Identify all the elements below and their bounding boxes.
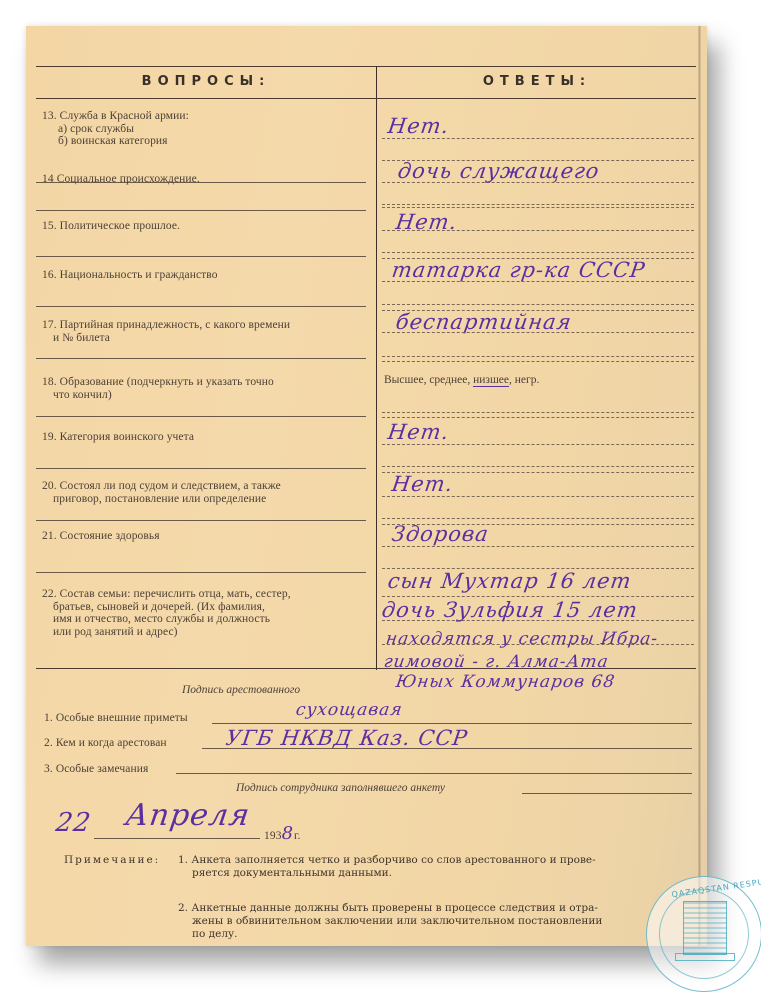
column-divider: [376, 66, 377, 670]
answer-line: [382, 207, 694, 208]
date-year: 1938г.: [264, 828, 301, 843]
selected-education-level: низшее: [473, 374, 509, 387]
extra-field-1-answer: сухощавая: [295, 700, 404, 720]
archive-stamp: QAZAQSTAN RESPUBLIKASY: [646, 876, 761, 992]
answer-22-line-1: сын Мухтар 16 лет: [386, 569, 633, 593]
questions-header: ВОПРОСЫ:: [36, 74, 376, 89]
answer-line: [382, 496, 694, 497]
answer-18-options: Высшее, среднее, низшее, негр.: [384, 374, 539, 386]
answer-14: дочь служащего: [396, 159, 601, 183]
date-day: 22: [54, 808, 93, 838]
top-rule: [36, 66, 696, 67]
answers-header: ОТВЕТЫ:: [378, 74, 696, 89]
question-14: 14 Социальное происхождение.: [42, 173, 200, 186]
date-line: [94, 838, 260, 839]
answer-19: Нет.: [386, 420, 451, 444]
answer-line: [382, 546, 694, 547]
answer-13: Нет.: [386, 114, 451, 138]
answer-17: беспартийная: [394, 310, 573, 334]
answer-22-line-3: находятся у сестры Ибра-: [385, 629, 660, 649]
answer-22-line-4: гимовой - г. Алма-Ата: [383, 652, 611, 672]
answer-22-line-2: дочь Зульфия 15 лет: [380, 598, 639, 622]
questionnaire-page: ВОПРОСЫ: ОТВЕТЫ: 13. Служба в Красной ар…: [26, 26, 707, 946]
answer-line: [382, 518, 694, 519]
note-2: 2. Анкетные данные должны быть проверены…: [178, 902, 708, 941]
question-22: 22. Состав семьи: перечислить отца, мать…: [42, 588, 291, 638]
answer-line: [382, 361, 694, 362]
extra-field-1-label: 1. Особые внешние приметы: [44, 712, 188, 725]
row-rule: [36, 572, 366, 573]
question-20: 20. Состоял ли под судом и следствием, а…: [42, 480, 281, 505]
date-year-handwritten: 8: [282, 823, 294, 844]
row-rule: [36, 468, 366, 469]
header-bottom-rule: [36, 98, 696, 99]
answer-line: [382, 304, 694, 305]
extra-field-2-label: 2. Кем и когда арестован: [44, 737, 167, 750]
row-rule: [36, 256, 366, 257]
extra-field-3-label: 3. Особые замечания: [44, 763, 148, 776]
answer-16: татарка гр-ка СССР: [390, 258, 647, 282]
row-rule: [36, 306, 366, 307]
answer-line: [382, 332, 694, 333]
field-line: [212, 723, 692, 724]
note-1: 1. Анкета заполняется четко и разборчиво…: [178, 854, 708, 880]
answer-20: Нет.: [390, 472, 455, 496]
question-21: 21. Состояние здоровья: [42, 530, 160, 543]
question-19: 19. Категория воинского учета: [42, 431, 194, 444]
answer-line: [382, 204, 694, 205]
answer-line: [382, 252, 694, 253]
question-15: 15. Политическое прошлое.: [42, 220, 180, 233]
answer-21: Здорова: [390, 522, 490, 546]
answer-line: [382, 417, 694, 418]
answer-line: [382, 138, 694, 139]
signature-officer-label: Подпись сотрудника заполнявшего анкету: [236, 782, 445, 794]
answer-line: [382, 444, 694, 445]
section-bottom-rule: [36, 668, 696, 669]
signature-line: [522, 793, 692, 794]
signature-arrested-label: Подпись арестованного: [182, 684, 300, 696]
question-18: 18. Образование (подчеркнуть и указать т…: [42, 376, 274, 401]
building-base: [675, 953, 735, 961]
answer-line: [382, 412, 694, 413]
question-13: 13. Служба в Красной армии: а) срок служ…: [42, 110, 189, 148]
row-rule: [36, 520, 366, 521]
answer-line: [382, 596, 694, 597]
note-label: Примечание:: [64, 854, 160, 867]
answer-22-line-5: Юных Коммунаров 68: [395, 672, 617, 692]
extra-field-2-answer: УГБ НКВД Каз. ССР: [224, 726, 469, 750]
question-17: 17. Партийная принадлежность, с какого в…: [42, 319, 290, 344]
row-rule: [36, 210, 366, 211]
answer-line: [382, 466, 694, 467]
row-rule: [36, 416, 366, 417]
answer-line: [382, 230, 694, 231]
answer-line: [382, 281, 694, 282]
row-rule: [36, 358, 366, 359]
building-icon: [683, 901, 727, 955]
date-month: Апреля: [124, 798, 253, 833]
question-16: 16. Национальность и гражданство: [42, 269, 218, 282]
answer-line: [382, 356, 694, 357]
field-line: [176, 773, 692, 774]
